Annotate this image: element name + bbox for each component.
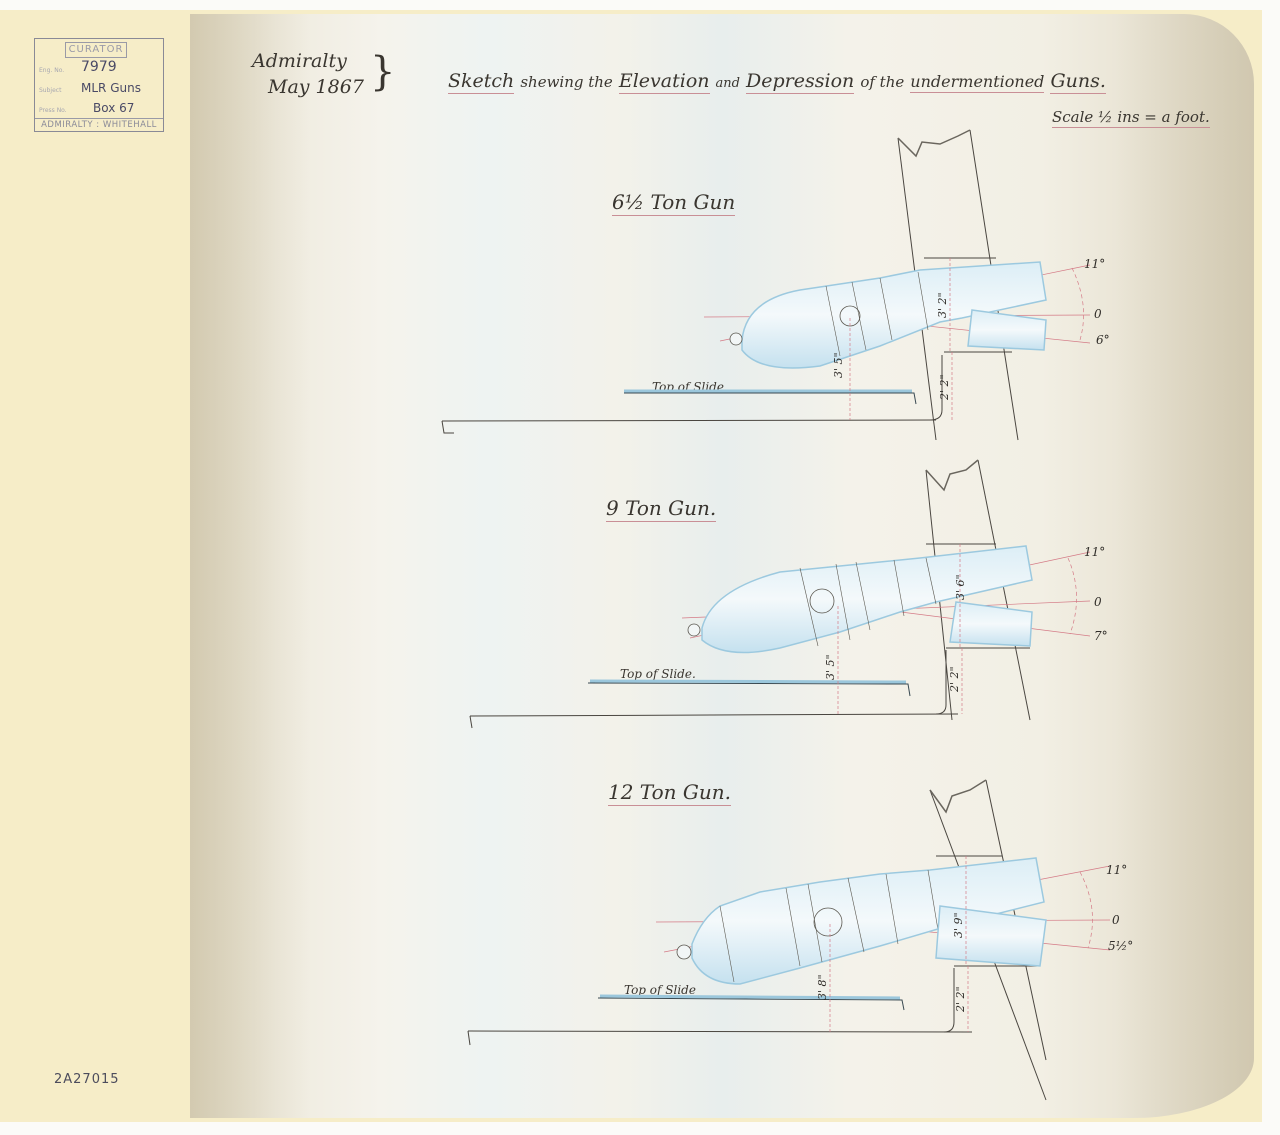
- gun-3-depression: 5½°: [1108, 939, 1133, 953]
- gun-1-elevation: 11°: [1084, 257, 1105, 271]
- gun-3-level: 0: [1112, 913, 1120, 927]
- gun-2-drawing: 3' 5" 3' 6" 2' 2" 11° 0 7°: [470, 460, 1108, 728]
- gun-2-depression: 7°: [1094, 629, 1108, 643]
- archive-id: 2A27015: [54, 1072, 120, 1087]
- gun-1-depression: 6°: [1096, 333, 1110, 347]
- gun-1-trunnion-height: 3' 5": [832, 352, 845, 378]
- gun-2-elevation: 11°: [1084, 545, 1105, 559]
- gun-2-trunnion-height: 3' 5": [824, 654, 837, 680]
- gun-2-sill-height: 2' 2": [948, 666, 961, 693]
- gun-3-elevation: 11°: [1106, 863, 1127, 877]
- gun-drawings: 3' 5" 3' 2" 2' 2" 11° 0 6° 3' 5": [0, 0, 1280, 1135]
- gun-2-port-height: 3' 6": [954, 574, 967, 600]
- gun-3-drawing: 3' 8" 3' 9" 2' 2" 11° 0 5½°: [468, 780, 1133, 1100]
- gun-1-sill-height: 2' 2": [938, 374, 951, 401]
- gun-3-port-height: 3' 9": [952, 912, 965, 938]
- gun-3-sill-height: 2' 2": [954, 986, 967, 1013]
- gun-3-trunnion-height: 3' 8": [816, 974, 829, 1000]
- gun-1-level: 0: [1094, 307, 1102, 321]
- gun-1-port-height: 3' 2": [936, 292, 949, 318]
- gun-2-level: 0: [1094, 595, 1102, 609]
- gun-1-drawing: 3' 5" 3' 2" 2' 2" 11° 0 6°: [442, 130, 1110, 440]
